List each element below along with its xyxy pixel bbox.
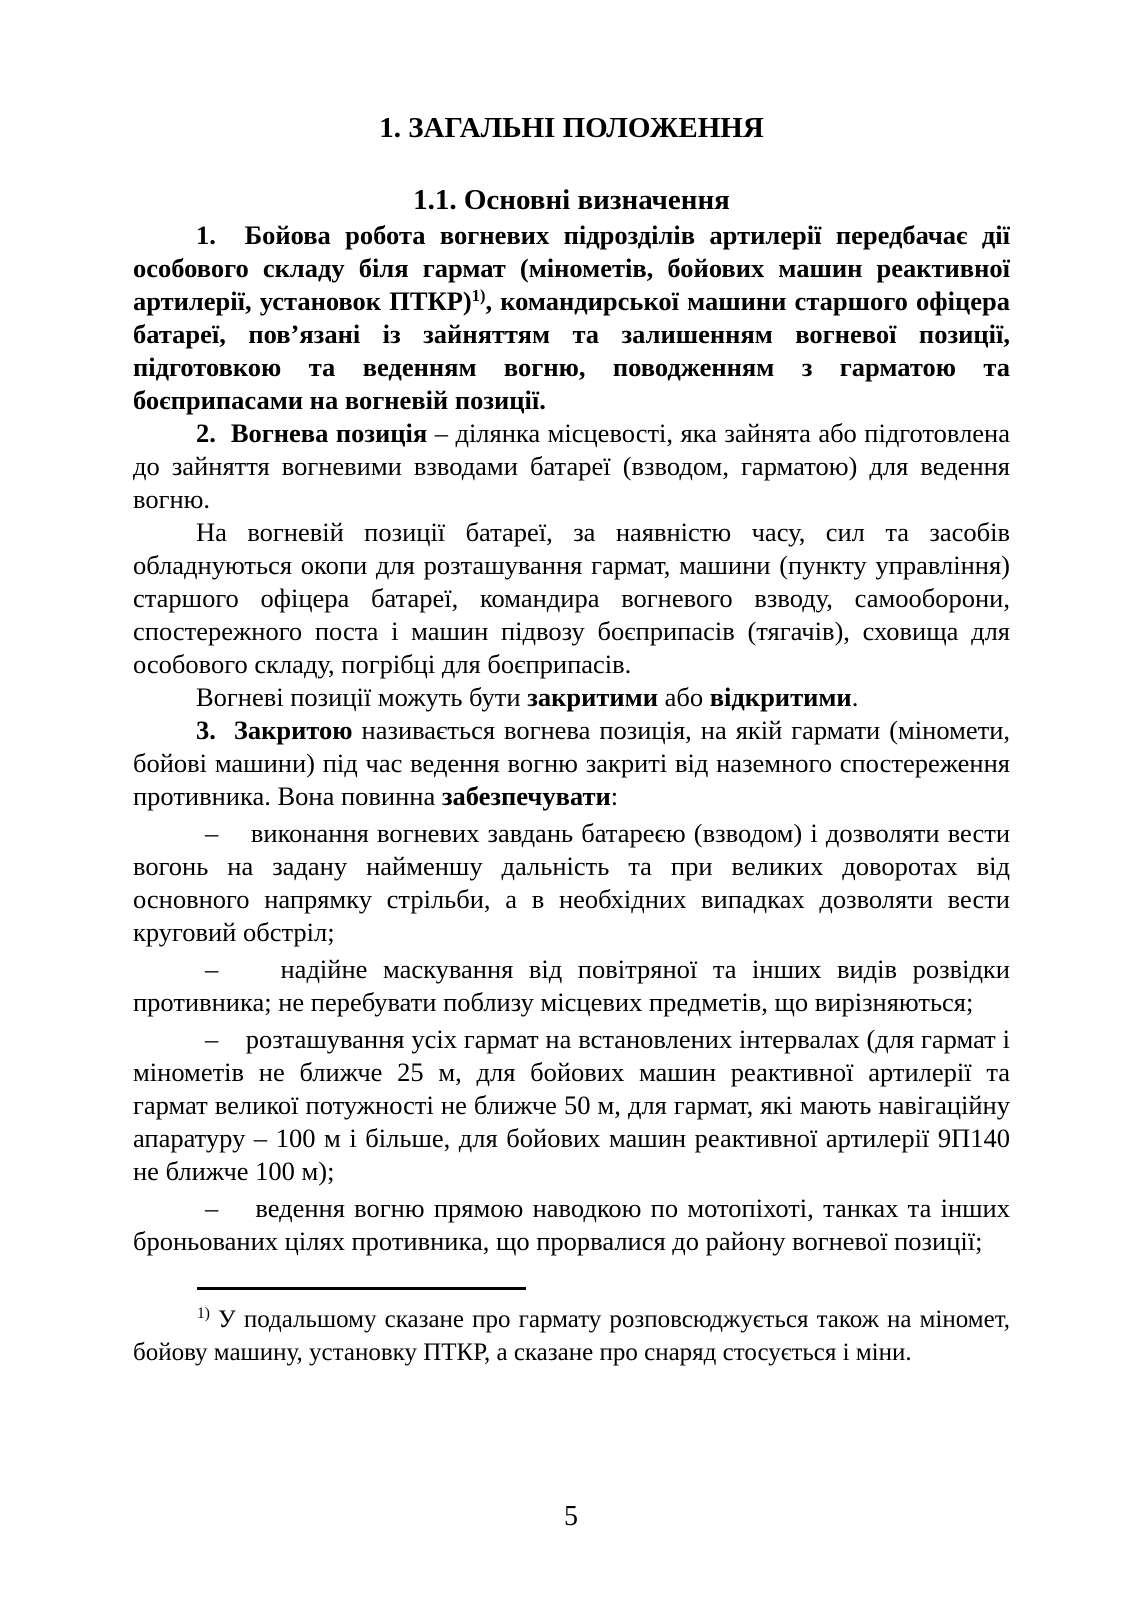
body-text: 1. Бойова робота вогневих підрозділів ар… xyxy=(133,219,1010,1258)
text-run: : xyxy=(611,781,618,811)
text-run: закритими xyxy=(527,682,658,712)
text-run: На вогневій позиції батареї, за наявніст… xyxy=(133,517,1010,679)
section-heading: 1.1. Основні визначення xyxy=(133,185,1010,215)
footnote-separator xyxy=(197,1287,526,1290)
page-number: 5 xyxy=(0,1501,1142,1533)
text-run: або xyxy=(658,682,710,712)
text-run: – розташування усіх гармат на встановлен… xyxy=(133,1024,1010,1186)
footnote-marker: 1) xyxy=(197,1305,210,1322)
list-item: – ведення вогню прямою наводкою по мотоп… xyxy=(133,1192,1010,1258)
footnote: 1) У подальшому сказане про гармату розп… xyxy=(133,1303,1010,1369)
paragraph: 3. Закритою називається вогнева позиція,… xyxy=(133,714,1010,813)
paragraph: 1. Бойова робота вогневих підрозділів ар… xyxy=(133,219,1010,417)
text-run: – надійне маскування від повітряної та і… xyxy=(133,954,1010,1017)
text-run: – ведення вогню прямою наводкою по мотоп… xyxy=(133,1193,1010,1256)
document-page: 1. ЗАГАЛЬНІ ПОЛОЖЕННЯ 1.1. Основні визна… xyxy=(0,0,1142,1615)
text-run: У подальшому сказане про гармату розповс… xyxy=(133,1306,1010,1366)
list-item: – надійне маскування від повітряної та і… xyxy=(133,953,1010,1019)
paragraph: 2. Вогнева позиція – ділянка місцевості,… xyxy=(133,417,1010,516)
footnote-marker: 1) xyxy=(472,286,486,305)
text-run: 2. Вогнева позиція xyxy=(196,418,427,448)
text-run: Вогневі позиції можуть бути xyxy=(196,682,527,712)
text-run: відкритими xyxy=(710,682,852,712)
text-run: . xyxy=(852,682,859,712)
list-item: – розташування усіх гармат на встановлен… xyxy=(133,1023,1010,1188)
text-run: – виконання вогневих завдань батареєю (в… xyxy=(133,818,1010,947)
text-run: 3. Закритою xyxy=(196,715,353,745)
text-run: забезпечувати xyxy=(442,781,611,811)
footnote-text: 1) У подальшому сказане про гармату розп… xyxy=(133,1303,1010,1369)
paragraph: На вогневій позиції батареї, за наявніст… xyxy=(133,516,1010,681)
chapter-title: 1. ЗАГАЛЬНІ ПОЛОЖЕННЯ xyxy=(133,113,1010,143)
paragraph: Вогневі позиції можуть бути закритими аб… xyxy=(133,681,1010,714)
list-item: – виконання вогневих завдань батареєю (в… xyxy=(133,817,1010,949)
